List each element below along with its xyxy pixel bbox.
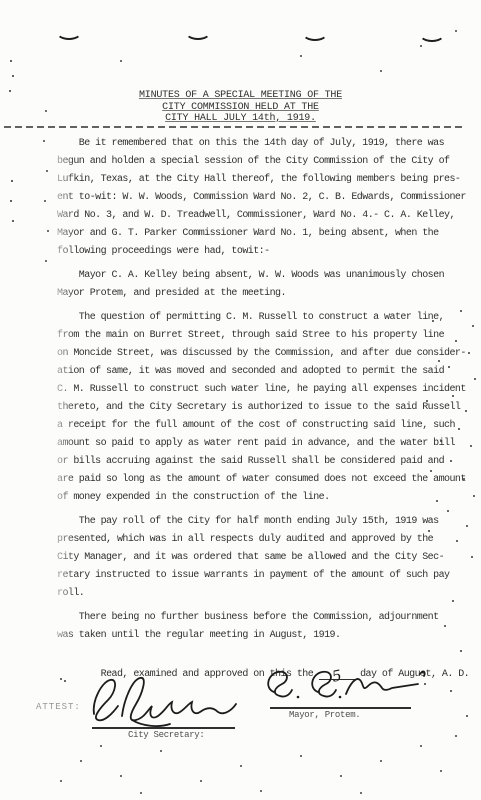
scanned-minutes-page: MINUTES OF A SPECIAL MEETING OF THECITY … xyxy=(0,0,481,800)
document-body: Be it remembered that on this the 14th d… xyxy=(57,135,479,651)
punch-hole-mark xyxy=(56,24,82,40)
city-secretary-signature xyxy=(88,670,238,730)
text-line: are paid so long as the amount of water … xyxy=(57,471,479,489)
document-title: MINUTES OF A SPECIAL MEETING OF THECITY … xyxy=(0,90,481,125)
text-line: There being no further business before t… xyxy=(57,609,479,627)
dashed-separator xyxy=(4,126,466,128)
city-secretary-signature-line xyxy=(92,727,235,729)
text-line: The pay roll of the City for half month … xyxy=(57,513,479,531)
mayor-protem-signature-line xyxy=(270,707,411,709)
text-line: Mayor C. A. Kelley being absent, W. W. W… xyxy=(57,267,479,285)
text-line: was taken until the regular meeting in A… xyxy=(57,627,479,645)
text-line: ent to-wit: W. W. Woods, Commission Ward… xyxy=(57,189,479,207)
text-line: a receipt for the full amount of the cos… xyxy=(57,417,479,435)
text-line: from the main on Burret Street, through … xyxy=(57,327,479,345)
text-line: ation of same, it was moved and seconded… xyxy=(57,363,479,381)
mayor-protem-signature xyxy=(260,662,428,712)
text-line: CITY COMMISSION HELD AT THE xyxy=(0,102,481,114)
paragraph-adjournment: There being no further business before t… xyxy=(57,609,479,645)
paragraph-session-opening: Be it remembered that on this the 14th d… xyxy=(57,135,479,261)
text-line: Mayor Protem, and presided at the meetin… xyxy=(57,285,479,303)
text-line: of money expended in the construction of… xyxy=(57,489,479,507)
text-line: roll. xyxy=(57,585,479,603)
text-line: MINUTES OF A SPECIAL MEETING OF THE xyxy=(0,90,481,102)
paragraph-water-line: The question of permitting C. M. Russell… xyxy=(57,309,479,507)
text-line: amount so paid to apply as water rent pa… xyxy=(57,435,479,453)
text-line: retary instructed to issue warrants in p… xyxy=(57,567,479,585)
text-line: CITY HALL JULY 14th, 1919. xyxy=(0,113,481,125)
text-line: or bills accruing against the said Russe… xyxy=(57,453,479,471)
text-line: Mayor and G. T. Parker Commissioner Ward… xyxy=(57,225,479,243)
scan-noise-speckles xyxy=(0,0,2,2)
punch-hole-mark xyxy=(302,25,328,41)
punch-hole-mark xyxy=(185,24,211,40)
text-line: C. M. Russell to construct such water li… xyxy=(57,381,479,399)
mayor-protem-title: Mayor, Protem. xyxy=(289,710,360,720)
text-line: Ward No. 3, and W. D. Treadwell, Commiss… xyxy=(57,207,479,225)
text-line: presented, which was in all respects dul… xyxy=(57,531,479,549)
text-line: Lufkin, Texas, at the City Hall thereof,… xyxy=(57,171,479,189)
text-line: The question of permitting C. M. Russell… xyxy=(57,309,479,327)
punch-hole-mark xyxy=(419,26,445,42)
paragraph-pay-roll: The pay roll of the City for half month … xyxy=(57,513,479,603)
paragraph-mayor-protem: Mayor C. A. Kelley being absent, W. W. W… xyxy=(57,267,479,303)
city-secretary-title: City Secretary: xyxy=(128,730,205,740)
text-line: following proceedings were had, towit:- xyxy=(57,243,479,261)
attest-label: ATTEST: xyxy=(36,702,81,712)
text-line: on Moncide Street, was discussed by the … xyxy=(57,345,479,363)
text-line: City Manager, and it was ordered that sa… xyxy=(57,549,479,567)
text-line: thereto, and the City Secretary is autho… xyxy=(57,399,479,417)
text-line: begun and holden a special session of th… xyxy=(57,153,479,171)
text-line: Be it remembered that on this the 14th d… xyxy=(57,135,479,153)
